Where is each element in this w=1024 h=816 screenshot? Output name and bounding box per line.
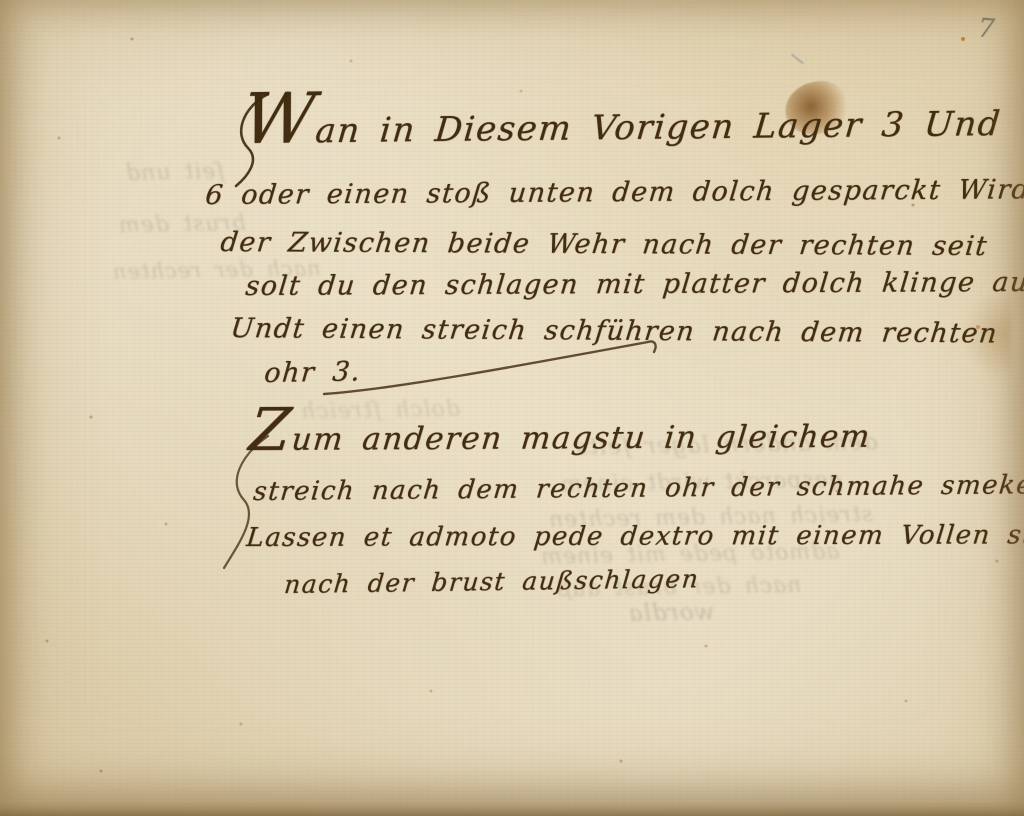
manuscript-line: nach der brust außschlagen [283,564,701,599]
manuscript-line: solt du den schlagen mit platter dolch k… [244,266,1024,302]
manuscript-line: Lassen et admoto pede dextro mit einem V… [245,520,1024,553]
manuscript-line: ohr 3. [263,356,363,389]
manuscript-line: Wan in Diesem Vorigen Lager 3 Und [240,104,1003,152]
manuscript-line: 6 oder einen stoß unten dem dolch gespar… [204,174,1024,211]
bottom-edge-shadow [0,802,1024,816]
manuscript-page: ſeit und brust dem nach der rechten dolc… [0,0,1024,816]
manuscript-line: Zum anderen magstu in gleichem [247,419,873,458]
blue-pencil-mark [791,54,804,65]
manuscript-line: Undt einen streich schführen nach dem re… [229,313,1000,349]
bleedthrough-text: wordla [628,599,715,627]
manuscript-line: streich nach dem rechten ohr der schmahe… [252,470,1024,507]
folio-number: 7 [977,13,996,44]
foxing-speckles [0,0,2,2]
manuscript-line: der Zwischen beide Wehr nach der rechten… [219,227,989,262]
